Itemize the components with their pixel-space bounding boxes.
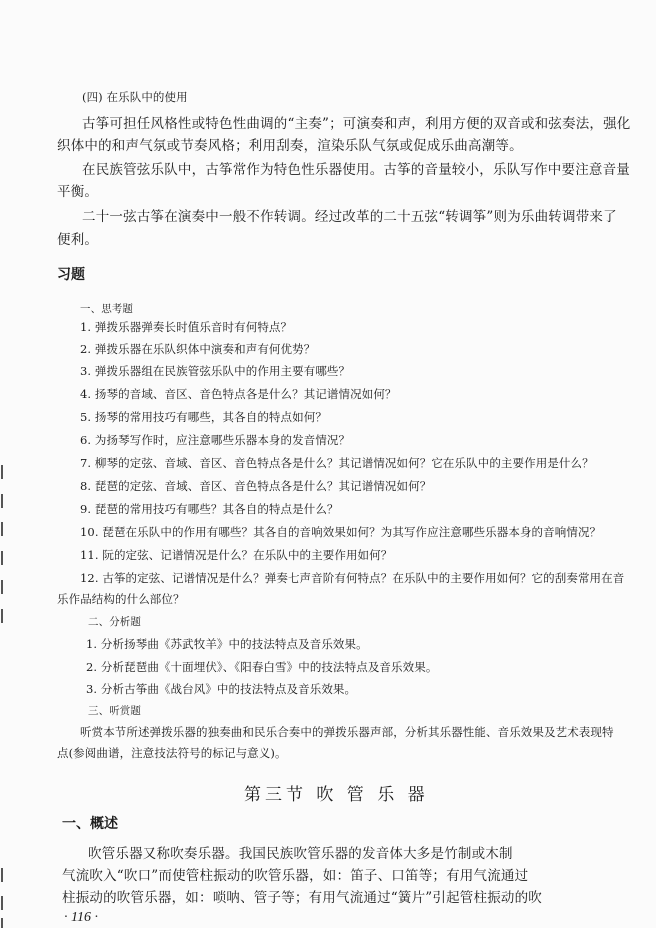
exercise-item: 6. 为扬琴写作时，应注意哪些乐器本身的发音情况？ bbox=[80, 432, 350, 448]
scan-edge-mark bbox=[1, 896, 3, 910]
scan-edge-mark bbox=[1, 551, 3, 565]
scan-edge-mark bbox=[1, 522, 3, 536]
exercise-item: 12. 古筝的定弦、记谱情况是什么？弹奏七声音阶有何特点？在乐队中的主要作用如何… bbox=[80, 570, 624, 586]
exercise-part-label: 二、分析题 bbox=[88, 614, 141, 629]
scan-edge-mark bbox=[1, 494, 3, 508]
exercise-item: 4. 扬琴的音域、音区、音色特点各是什么？其记谱情况如何？ bbox=[80, 386, 397, 402]
overview-line: 吹管乐器又称吹奏乐器。我国民族吹管乐器的发音体大多是竹制或木制 bbox=[88, 842, 513, 862]
paragraph-line: 织体中的和声气氛或节奏风格；利用刮奏，渲染乐队气氛或促成乐曲高潮等。 bbox=[57, 134, 523, 154]
exercise-text-line: 听赏本节所述弹拨乐器的独奏曲和民乐合奏中的弹拨乐器声部，分析其乐器性能、音乐效果… bbox=[80, 724, 614, 740]
paragraph-line: 古筝可担任风格性或特色性曲调的“主奏”；可演奏和声，利用方便的双音或和弦奏法，强… bbox=[82, 112, 631, 132]
exercise-item: 3. 分析古筝曲《战台风》中的技法特点及音乐效果。 bbox=[86, 681, 356, 697]
paragraph-line: 在民族管弦乐队中，古筝常作为特色性乐器使用。古筝的音量较小，乐队写作中要注意音量 bbox=[82, 158, 630, 178]
exercise-part-label: 三、听赏题 bbox=[88, 703, 141, 718]
scan-edge-mark bbox=[1, 868, 3, 882]
paragraph-line: 二十一弦古筝在演奏中一般不作转调。经过改革的二十五弦“转调筝”则为乐曲转调带来了 bbox=[82, 205, 617, 225]
exercise-item: 2. 分析琵琶曲《十面埋伏》、《阳春白雪》中的技法特点及音乐效果。 bbox=[86, 659, 437, 675]
exercise-text-line: 点(参阅曲谱，注意技法符号的标记与意义)。 bbox=[57, 745, 287, 761]
exercise-item: 1. 分析扬琴曲《苏武牧羊》中的技法特点及音乐效果。 bbox=[86, 636, 368, 652]
scan-edge-mark bbox=[1, 609, 3, 623]
exercise-item: 1. 弹拨乐器弹奏长时值乐音时有何特点？ bbox=[80, 319, 292, 335]
exercise-item: 2. 弹拨乐器在乐队织体中演奏和声有何优势？ bbox=[80, 341, 315, 357]
section-title: 第三节 吹 管 乐 器 bbox=[244, 780, 429, 805]
exercise-item: 11. 阮的定弦、记谱情况是什么？在乐队中的主要作用如何？ bbox=[80, 547, 392, 563]
exercise-item: 8. 琵琶的定弦、音域、音区、音色特点各是什么？其记谱情况如何？ bbox=[80, 478, 431, 494]
scan-edge-mark bbox=[1, 580, 3, 594]
page-number: · 116 · bbox=[64, 910, 98, 926]
paragraph-line: 便利。 bbox=[57, 228, 98, 248]
exercise-item: 3. 弹拨乐器组在民族管弦乐队中的作用主要有哪些？ bbox=[80, 363, 350, 379]
exercise-item: 7. 柳琴的定弦、音域、音区、音色特点各是什么？其记谱情况如何？它在乐队中的主要… bbox=[80, 455, 594, 471]
exercise-item-continuation: 乐作品结构的什么部位？ bbox=[57, 591, 185, 607]
overview-line: 气流吹入“吹口”而使管柱振动的吹管乐器，如：笛子、口笛等；有用气流通过 bbox=[62, 864, 528, 884]
overview-line: 柱振动的吹管乐器，如：唢呐、管子等；有用气流通过“簧片”引起管柱振动的吹 bbox=[62, 886, 542, 906]
exercise-item: 9. 琵琶的常用技巧有哪些？其各自的特点是什么？ bbox=[80, 501, 339, 517]
exercise-part-label: 一、思考题 bbox=[80, 301, 133, 316]
exercise-item: 10. 琵琶在乐队中的作用有哪些？其各自的音响效果如何？为其写作应注意哪些乐器本… bbox=[80, 524, 601, 540]
paragraph-line: 平衡。 bbox=[57, 180, 98, 200]
exercise-item: 5. 扬琴的常用技巧有哪些，其各自的特点如何？ bbox=[80, 409, 327, 425]
scan-edge-mark bbox=[1, 465, 3, 479]
subsection-heading: (四) 在乐队中的使用 bbox=[82, 89, 188, 105]
scan-edge-mark bbox=[1, 918, 3, 928]
exercises-title: 习题 bbox=[57, 264, 85, 284]
overview-heading-visible: 一、概述 bbox=[62, 813, 118, 833]
